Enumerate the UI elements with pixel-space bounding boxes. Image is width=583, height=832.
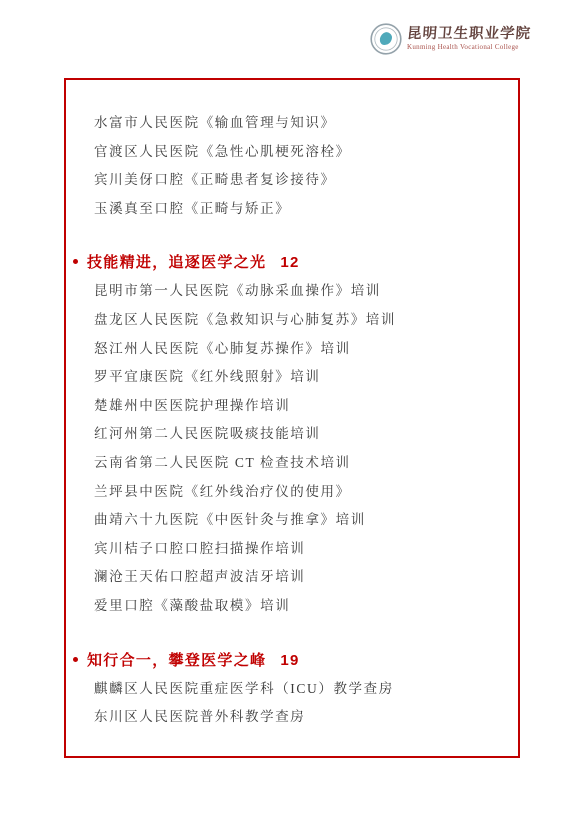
toc-item: 水富市人民医院《输血管理与知识》 <box>66 109 518 138</box>
toc-item: 罗平宜康医院《红外线照射》培训 <box>66 363 518 392</box>
toc-item: 盘龙区人民医院《急救知识与心肺复苏》培训 <box>66 306 518 335</box>
section-title: 知行合一，攀登医学之峰 <box>87 652 266 669</box>
bullet-icon <box>73 657 78 662</box>
college-name-zh: 昆明卫生职业学院 <box>406 27 531 42</box>
college-name-en: Kunming Health Vocational College <box>407 44 531 51</box>
toc-item: 楚雄州中医医院护理操作培训 <box>66 392 518 421</box>
section-page-number: 19 <box>280 652 299 669</box>
toc-item: 澜沧王天佑口腔超声波洁牙培训 <box>66 563 518 592</box>
section-title: 技能精进，追逐医学之光 <box>87 254 266 271</box>
section-page-number: 12 <box>280 254 299 271</box>
toc-item: 麒麟区人民医院重症医学科（ICU）教学查房 <box>66 675 518 704</box>
toc-item: 玉溪真至口腔《正畸与矫正》 <box>66 195 518 224</box>
toc-item: 爱里口腔《藻酸盐取模》培训 <box>66 592 518 621</box>
content-frame: 水富市人民医院《输血管理与知识》 官渡区人民医院《急性心肌梗死溶栓》 宾川美伢口… <box>64 78 520 758</box>
toc-item: 怒江州人民医院《心肺复苏操作》培训 <box>66 335 518 364</box>
bullet-icon <box>73 259 78 264</box>
toc-item: 兰坪县中医院《红外线治疗仪的使用》 <box>66 478 518 507</box>
toc-item: 官渡区人民医院《急性心肌梗死溶栓》 <box>66 138 518 167</box>
toc-item: 云南省第二人民医院 CT 检查技术培训 <box>66 449 518 478</box>
toc-item: 东川区人民医院普外科教学查房 <box>66 703 518 732</box>
toc-item: 宾川美伢口腔《正畸患者复诊接待》 <box>66 166 518 195</box>
toc-item: 昆明市第一人民医院《动脉采血操作》培训 <box>66 277 518 306</box>
college-name: 昆明卫生职业学院 Kunming Health Vocational Colle… <box>407 27 531 52</box>
college-seal-icon <box>370 23 402 55</box>
section-header-2: 知行合一，攀登医学之峰19 <box>66 646 518 675</box>
toc-item: 红河州第二人民医院吸痰技能培训 <box>66 420 518 449</box>
toc-item: 曲靖六十九医院《中医针灸与推拿》培训 <box>66 506 518 535</box>
page-header-logo: 昆明卫生职业学院 Kunming Health Vocational Colle… <box>370 23 531 55</box>
toc-item: 宾川桔子口腔口腔扫描操作培训 <box>66 535 518 564</box>
section-header-1: 技能精进，追逐医学之光12 <box>66 248 518 277</box>
